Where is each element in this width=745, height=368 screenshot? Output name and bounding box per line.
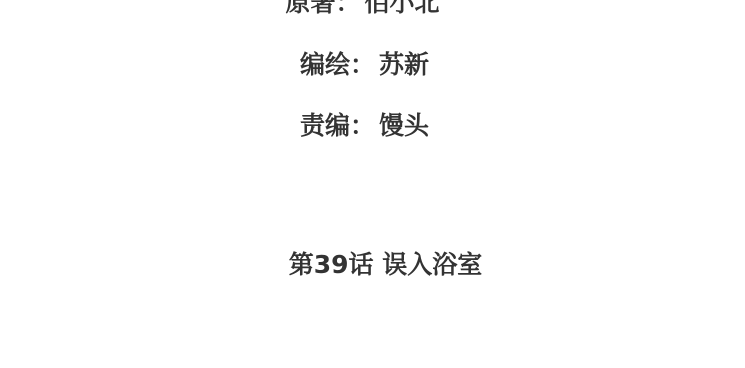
credit-editor-label: 责编： <box>300 111 375 140</box>
credit-original: 原著：佰小北 <box>0 0 735 18</box>
chapter-number: 第39话 <box>289 250 374 279</box>
credit-artist-label: 编绘： <box>300 50 375 79</box>
credit-artist-value: 苏新 <box>379 50 429 79</box>
credit-artist: 编绘：苏新 <box>0 50 737 80</box>
credit-original-value: 佰小北 <box>365 0 440 17</box>
credit-original-label: 原著： <box>285 0 360 17</box>
chapter-title: 第39话 误入浴室 <box>13 250 745 280</box>
chapter-name: 误入浴室 <box>382 250 482 279</box>
credit-editor: 责编：馒头 <box>0 111 737 141</box>
credit-editor-value: 馒头 <box>379 111 429 140</box>
